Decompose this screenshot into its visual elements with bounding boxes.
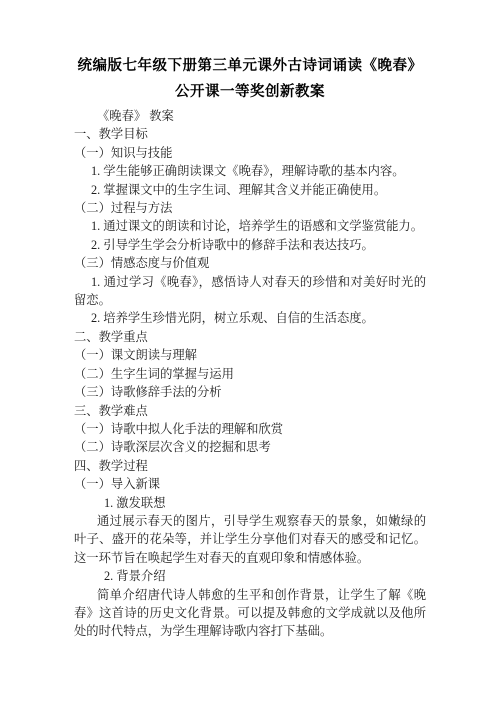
paragraph: 三、教学难点 — [74, 402, 426, 420]
paragraph: 2. 掌握课文中的生字生词、理解其含义并能正确使用。 — [74, 181, 426, 199]
paragraph: 1. 激发联想 — [74, 494, 426, 512]
paragraph: （三）情感态度与价值观 — [74, 254, 426, 272]
document-title-line2: 公开课一等奖创新教案 — [74, 79, 426, 105]
paragraph: 四、教学过程 — [74, 457, 426, 475]
paragraph: （二）过程与方法 — [74, 199, 426, 217]
paragraph: （一）诗歌中拟人化手法的理解和欣赏 — [74, 420, 426, 438]
paragraph: 2. 引导学生学会分析诗歌中的修辞手法和表达技巧。 — [74, 236, 426, 254]
document-page: 统编版七年级下册第三单元课外古诗词诵读《晚春》 公开课一等奖创新教案 《晚春》 … — [74, 0, 426, 641]
paragraph: （二）诗歌深层次含义的挖掘和思考 — [74, 438, 426, 456]
paragraph: 简单介绍唐代诗人韩愈的生平和创作背景，让学生了解《晚春》这首诗的历史文化背景。可… — [74, 586, 426, 641]
paragraph: （一）课文朗读与理解 — [74, 346, 426, 364]
paragraph: 二、教学重点 — [74, 328, 426, 346]
paragraph: 通过展示春天的图片，引导学生观察春天的景象，如嫩绿的叶子、盛开的花朵等，并让学生… — [74, 512, 426, 567]
paragraph: 《晚春》 教案 — [74, 107, 426, 125]
paragraph: 1. 学生能够正确朗读课文《晚春》，理解诗歌的基本内容。 — [74, 162, 426, 180]
paragraph: （三）诗歌修辞手法的分析 — [74, 383, 426, 401]
document-title-line1: 统编版七年级下册第三单元课外古诗词诵读《晚春》 — [74, 53, 426, 79]
document-body: 《晚春》 教案一、教学目标（一）知识与技能1. 学生能够正确朗读课文《晚春》，理… — [74, 107, 426, 641]
paragraph: 1. 通过学习《晚春》，感悟诗人对春天的珍惜和对美好时光的留恋。 — [74, 273, 426, 310]
paragraph: 1. 通过课文的朗读和讨论，培养学生的语感和文学鉴赏能力。 — [74, 217, 426, 235]
document-title: 统编版七年级下册第三单元课外古诗词诵读《晚春》 公开课一等奖创新教案 — [74, 53, 426, 105]
paragraph: （一）导入新课 — [74, 475, 426, 493]
paragraph: 2. 培养学生珍惜光阴，树立乐观、自信的生活态度。 — [74, 309, 426, 327]
paragraph: （二）生字生词的掌握与运用 — [74, 365, 426, 383]
paragraph: （一）知识与技能 — [74, 144, 426, 162]
paragraph: 一、教学目标 — [74, 125, 426, 143]
paragraph: 2. 背景介绍 — [74, 567, 426, 585]
